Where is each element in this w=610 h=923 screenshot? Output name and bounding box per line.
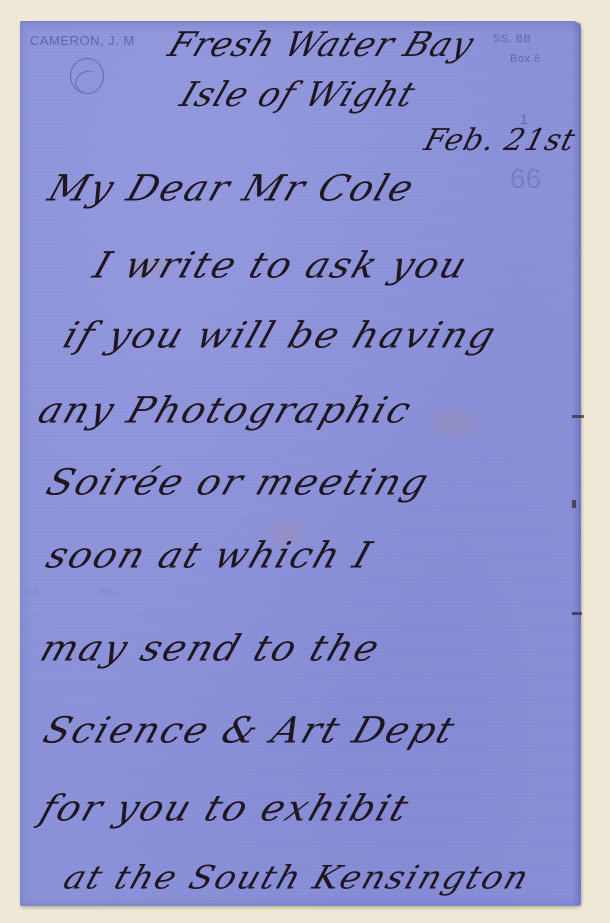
paper-edge-shadow [573, 23, 581, 906]
shelfmark-line2: Box 8 [510, 53, 541, 65]
letter-date: Feb. 21st [420, 123, 579, 158]
salutation: My Dear Mr Cole [43, 167, 421, 209]
ink-edge-mark [572, 415, 584, 418]
body-line: may send to the [35, 627, 386, 669]
body-line: if you will be having [58, 314, 502, 356]
ink-edge-mark [572, 500, 576, 508]
body-line: Soirée or meeting [41, 461, 435, 503]
faint-mark-left: (i) 81 [24, 587, 42, 596]
letter-sheet: CAMERON, J. M SS. BB Box 8 1 66 (i) 81 3… [20, 21, 581, 906]
ink-edge-mark [572, 612, 582, 615]
body-line: for you to exhibit [35, 787, 415, 829]
paper-stain [420, 403, 490, 443]
body-line: any Photographic [33, 389, 418, 431]
body-line: Science & Art Dept [38, 709, 461, 751]
body-line: soon at which I [41, 534, 378, 576]
shelfmark-line1: SS. BB [493, 33, 531, 45]
body-line: at the South Kensington [59, 859, 535, 897]
address-line-1: Fresh Water Bay [163, 25, 480, 65]
author-label: CAMERON, J. M [30, 33, 135, 48]
faint-mark-mid: 3611 [100, 587, 117, 596]
address-line-2: Isle of Wight [175, 75, 422, 115]
year-annotation: 66 [510, 163, 541, 195]
body-line: I write to ask you [88, 244, 474, 286]
circled-number-mark [70, 58, 104, 94]
